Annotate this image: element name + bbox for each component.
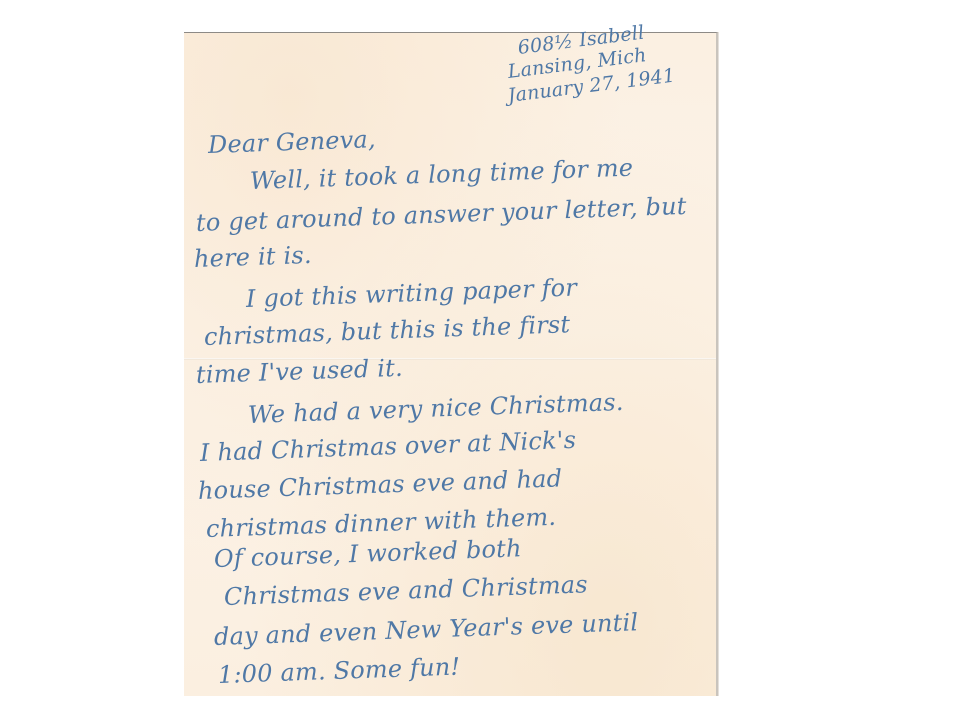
- letter-line: We had a very nice Christmas.: [248, 390, 624, 427]
- letter-line: christmas, but this is the first: [204, 312, 571, 349]
- salutation: Dear Geneva,: [208, 127, 377, 157]
- letter-line: Christmas eve and Christmas: [224, 572, 589, 609]
- letter-line: here it is.: [194, 243, 313, 271]
- letter-line: Of course, I worked both: [214, 536, 522, 571]
- letter-line: I had Christmas over at Nick's: [200, 428, 577, 465]
- letter-page: 608½ Isabell Lansing, Mich January 27, 1…: [184, 32, 718, 696]
- letter-line: time I've used it.: [196, 356, 404, 387]
- letter-line: day and even New Year's eve until: [214, 610, 639, 649]
- letter-line: Well, it took a long time for me: [250, 156, 634, 193]
- letter-line: to get around to answer your letter, but: [196, 194, 687, 235]
- letter-line: house Christmas eve and had: [198, 466, 563, 503]
- scan-canvas: 608½ Isabell Lansing, Mich January 27, 1…: [0, 0, 960, 720]
- letter-line: I got this writing paper for: [246, 275, 578, 311]
- letter-closing-line: 1:00 am. Some fun!: [218, 655, 461, 687]
